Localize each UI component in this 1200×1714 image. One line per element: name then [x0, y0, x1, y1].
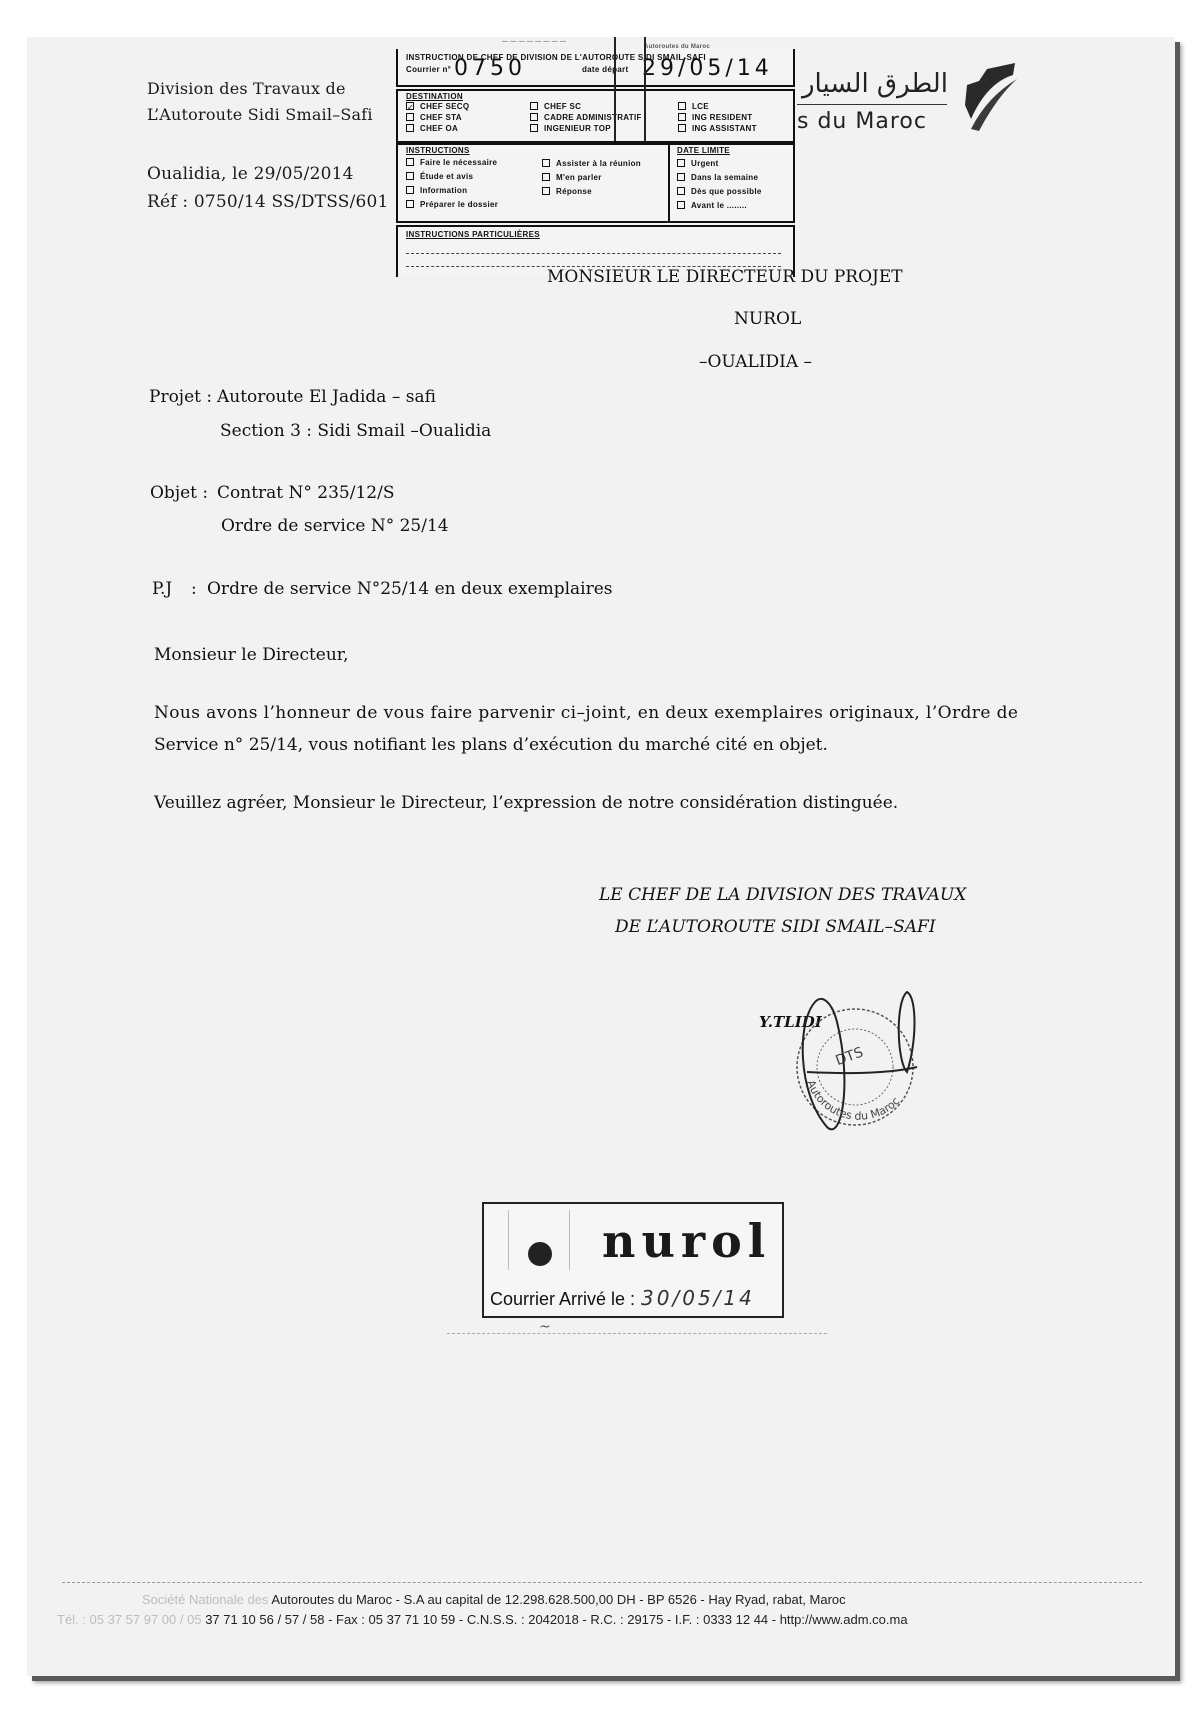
checkbox: [530, 113, 538, 121]
instruction-item: Assister à la réunion: [542, 159, 641, 168]
projet-line2: Section 3 : Sidi Smail –Oualidia: [220, 421, 491, 441]
place-date: Oualidia, le 29/05/2014: [147, 161, 354, 188]
objet-label: Objet :: [150, 483, 208, 503]
checkbox: [677, 159, 685, 167]
footer-contact-line: Tél. : 05 37 57 97 00 / 05 37 71 10 56 /…: [57, 1612, 908, 1627]
date-limite-item: Avant le ........: [677, 201, 747, 210]
checkbox: [677, 173, 685, 181]
objet-line2: Ordre de service N° 25/14: [221, 516, 449, 536]
date-limite-item: Urgent: [677, 159, 719, 168]
pj-separator: :: [191, 579, 197, 599]
division-name-line1: Division des Travaux de: [147, 75, 346, 102]
fold-line: [614, 37, 616, 141]
scanned-letter-page: Division des Travaux de L’Autoroute Sidi…: [27, 37, 1175, 1676]
instruction-item: Réponse: [542, 187, 592, 196]
paragraph1-line2: Service n° 25/14, vous notifiant les pla…: [154, 735, 828, 755]
recipient-line3: –OUALIDIA –: [699, 352, 812, 372]
destination-item: CHEF OA: [406, 124, 458, 133]
checkbox: [542, 159, 550, 167]
checkbox: [542, 173, 550, 181]
checkbox: [406, 200, 414, 208]
instructions-frame: [396, 143, 674, 223]
closing-formula: Veuillez agréer, Monsieur le Directeur, …: [154, 793, 898, 813]
pj-label: P.J: [152, 579, 172, 599]
destination-item: CHEF STA: [406, 113, 462, 122]
nurol-logo-icon: [528, 1242, 552, 1266]
checkbox: [677, 201, 685, 209]
checkbox-checked: [406, 113, 414, 121]
footer-company-line: Société Nationale des Autoroutes du Maro…: [142, 1592, 846, 1607]
signatory-title-line1: LE CHEF DE LA DIVISION DES TRAVAUX: [599, 885, 966, 905]
instruction-item: M'en parler: [542, 173, 602, 182]
checkbox-checked: [678, 124, 686, 132]
courrier-number-handwritten: 0750: [454, 56, 526, 81]
routing-slip: — — — — — — — — Autoroutes du Maroc INST…: [382, 37, 807, 287]
checkbox: [406, 124, 414, 132]
destination-item: LCE: [678, 102, 709, 111]
instruction-item: Préparer le dossier: [406, 200, 498, 209]
particular-instructions-title: INSTRUCTIONS PARTICULIÈRES: [406, 230, 540, 239]
date-limite-frame: [668, 143, 795, 223]
destination-item: ✓CHEF SECQ: [406, 102, 469, 111]
fold-line: [644, 37, 646, 141]
svg-text:DTS: DTS: [833, 1044, 865, 1069]
company-name: nurol: [602, 1214, 771, 1268]
checkbox-checked: ✓: [406, 102, 414, 110]
official-stamp-and-signature: DTS Autoroutes du Maroc: [767, 982, 937, 1142]
signatory-title-line2: DE L’AUTOROUTE SIDI SMAIL–SAFI: [615, 917, 936, 937]
checkbox: [406, 172, 414, 180]
checkbox: [406, 158, 414, 166]
destination-item: CHEF SC: [530, 102, 581, 111]
date-depart-handwritten: 29/05/14: [642, 56, 773, 81]
reference-number: Réf : 0750/14 SS/DTSS/601: [147, 189, 389, 216]
pj-text: Ordre de service N°25/14 en deux exempla…: [207, 579, 613, 599]
date-depart-label: date départ: [582, 65, 628, 74]
courrier-label: Courrier n°: [406, 65, 451, 74]
received-date-handwritten: 30/05/14: [641, 1286, 755, 1310]
checkbox-checked: [530, 124, 538, 132]
reception-stamp: nurol Courrier Arrivé le :30/05/14: [482, 1202, 784, 1318]
checkbox: [542, 187, 550, 195]
date-limite-item: Dès que possible: [677, 187, 762, 196]
checkbox: [406, 186, 414, 194]
objet-line1: Contrat N° 235/12/S: [217, 483, 394, 503]
slip-top-small: — — — — — — — —: [502, 39, 566, 45]
destination-item: ING ASSISTANT: [678, 124, 757, 133]
instruction-item: Information: [406, 186, 467, 195]
recipient-line1: MONSIEUR LE DIRECTEUR DU PROJET: [547, 267, 903, 287]
date-limite-item: Dans la semaine: [677, 173, 758, 182]
logo-divider: [797, 104, 947, 105]
adm-logo-icon: [957, 57, 1027, 137]
instruction-item: Faire le nécessaire: [406, 158, 497, 167]
checkbox-checked: [678, 113, 686, 121]
dotted-line: [406, 253, 781, 254]
paragraph1-line1: Nous avons l’honneur de vous faire parve…: [154, 703, 1018, 723]
logo-french-text: s du Maroc: [797, 109, 927, 134]
recipient-line2: NUROL: [734, 309, 801, 329]
instruction-item: Étude et avis: [406, 172, 473, 181]
received-date-label: Courrier Arrivé le :30/05/14: [490, 1286, 755, 1310]
checkbox: [677, 187, 685, 195]
logo-arabic-text: الطرق السيار: [802, 69, 948, 99]
date-limite-title: DATE LIMITE: [677, 146, 730, 155]
division-name-line2: L’Autoroute Sidi Smail–Safi: [147, 101, 373, 128]
stamp-underline: [447, 1333, 827, 1334]
destination-item: INGENIEUR TOP: [530, 124, 611, 133]
instructions-title: INSTRUCTIONS: [406, 146, 470, 155]
destination-item: CADRE ADMINISTRATIF: [530, 113, 642, 122]
footer-divider: [62, 1582, 1142, 1583]
destination-item: ING RESIDENT: [678, 113, 753, 122]
checkbox: [530, 102, 538, 110]
projet-line1: Autoroute El Jadida – safi: [217, 387, 436, 407]
projet-label: Projet :: [149, 387, 212, 407]
salutation: Monsieur le Directeur,: [154, 645, 348, 665]
checkbox-checked: [678, 102, 686, 110]
destination-title: DESTINATION: [406, 92, 463, 101]
